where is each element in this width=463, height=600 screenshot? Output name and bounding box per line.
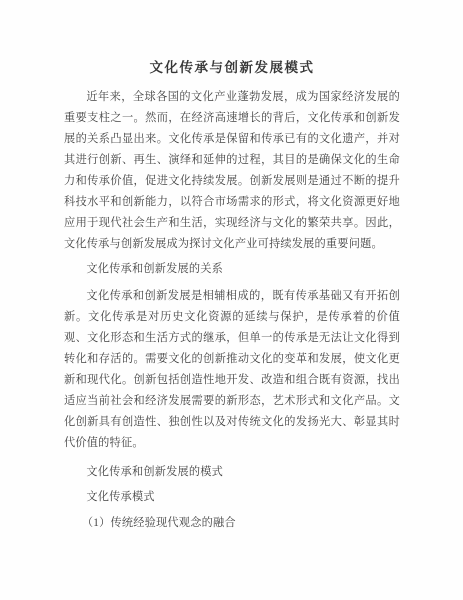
document-page: 文化传承与创新发展模式 近年来，全球各国的文化产业蓬勃发展，成为国家经济发展的重… xyxy=(0,0,463,600)
document-title: 文化传承与创新发展模式 xyxy=(64,57,400,79)
body-paragraph-intro: 近年来，全球各国的文化产业蓬勃发展，成为国家经济发展的重要支柱之一。然而，在经济… xyxy=(64,87,400,255)
section-heading-relationship: 文化传承和创新发展的关系 xyxy=(64,259,400,280)
section-heading-models: 文化传承和创新发展的模式 xyxy=(64,462,400,483)
list-item-1: （1）传统经验现代观念的融合 xyxy=(64,513,400,534)
section-heading-heritage-model: 文化传承模式 xyxy=(64,487,400,508)
body-paragraph-relationship: 文化传承和创新发展是相辅相成的，既有传承基础又有开拓创新。文化传承是对历史文化资… xyxy=(64,286,400,454)
